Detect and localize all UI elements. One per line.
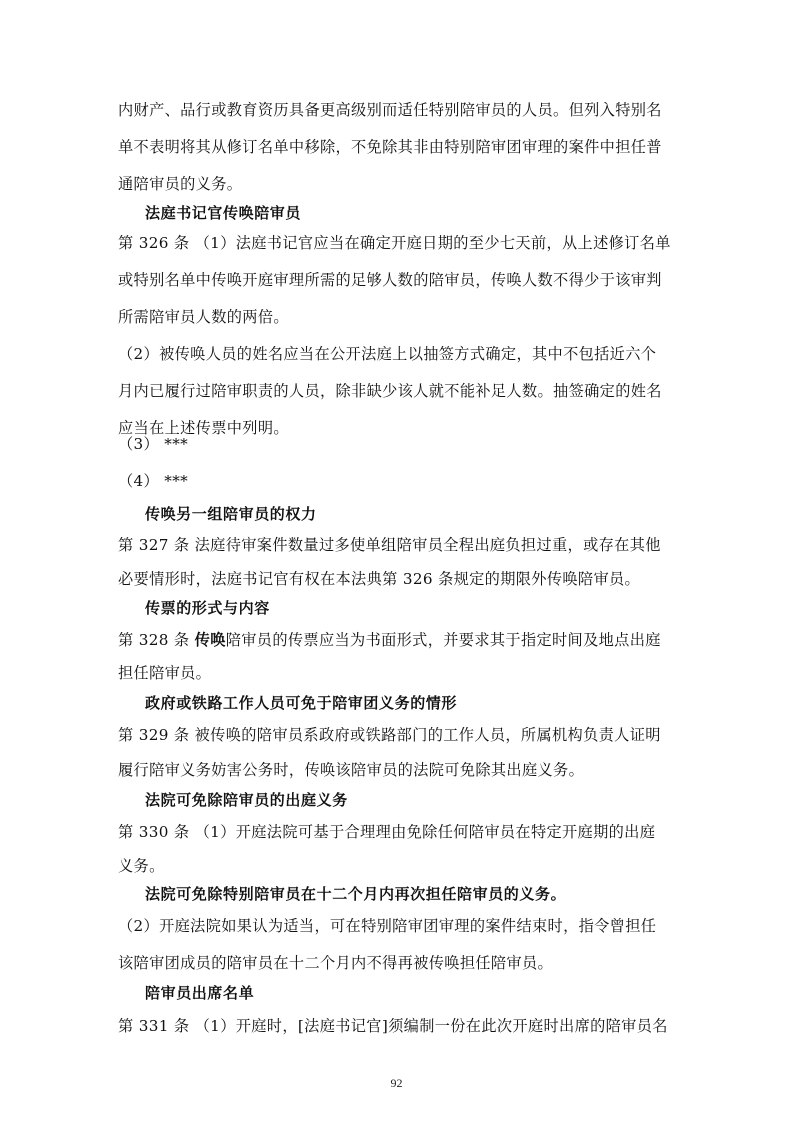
body-line: 通陪审员的义务。 xyxy=(118,174,688,194)
section-heading: 陪审员出席名单 xyxy=(145,983,715,1003)
section-heading: 法庭书记官传唤陪审员 xyxy=(145,203,715,223)
article-number: 第 328 条 xyxy=(118,631,195,649)
section-heading: 传唤另一组陪审员的权力 xyxy=(145,504,715,524)
document-page: 内财产、品行或教育资历具备更高级别而适任特别陪审员的人员。但列入特别名 单不表明… xyxy=(0,0,793,1122)
body-line: 该陪审团成员的陪审员在十二个月内不得再被传唤担任陪审员。 xyxy=(118,953,688,973)
body-line: 担任陪审员。 xyxy=(118,663,688,683)
article-328-line: 第 328 条 传唤陪审员的传票应当为书面形式，并要求其于指定时间及地点出庭 xyxy=(118,630,688,650)
section-heading: 法院可免除陪审员的出庭义务 xyxy=(145,790,715,810)
body-line: （2）开庭法院如果认为适当，可在特别陪审团审理的案件结束时，指令曾担任 xyxy=(118,916,688,936)
body-line: 履行陪审义务妨害公务时，传唤该陪审员的法院可免除其出庭义务。 xyxy=(118,760,688,780)
section-heading: 法院可免除特别陪审员在十二个月内再次担任陪审员的义务。 xyxy=(145,884,715,904)
article-327-line: 第 327 条 法庭待审案件数量过多使单组陪审员全程出庭负担过重，或存在其他 xyxy=(118,535,688,555)
body-line: 或特别名单中传唤开庭审理所需的足够人数的陪审员，传唤人数不得少于该审判 xyxy=(118,270,688,290)
body-line: 单不表明将其从修订名单中移除，不免除其非由特别陪审团审理的案件中担任普 xyxy=(118,137,688,157)
article-331-line: 第 331 条 （1）开庭时，[法庭书记官]须编制一份在此次开庭时出席的陪审员名 xyxy=(118,1016,688,1036)
body-text: 陪审员的传票应当为书面形式，并要求其于指定时间及地点出庭 xyxy=(226,631,661,649)
article-326-line: 第 326 条 （1）法庭书记官应当在确定开庭日期的至少七天前，从上述修订名单 xyxy=(118,233,688,253)
body-line: 必要情形时，法庭书记官有权在本法典第 326 条规定的期限外传唤陪审员。 xyxy=(118,569,688,589)
body-line: （4） *** xyxy=(118,471,688,491)
body-line: 内财产、品行或教育资历具备更高级别而适任特别陪审员的人员。但列入特别名 xyxy=(118,100,688,120)
body-line: （3） *** xyxy=(118,434,688,454)
article-330-line: 第 330 条 （1）开庭法院可基于合理理由免除任何陪审员在特定开庭期的出庭 xyxy=(118,822,688,842)
body-line: 义务。 xyxy=(118,856,688,876)
page-number: 92 xyxy=(0,1076,793,1091)
bold-term: 传唤 xyxy=(195,631,226,649)
section-heading: 政府或铁路工作人员可免于陪审团义务的情形 xyxy=(145,693,715,713)
body-line: 所需陪审员人数的两倍。 xyxy=(118,307,688,327)
body-line: （2）被传唤人员的姓名应当在公开法庭上以抽签方式确定，其中不包括近六个 xyxy=(118,344,688,364)
section-heading: 传票的形式与内容 xyxy=(145,598,715,618)
body-line: 月内已履行过陪审职责的人员，除非缺少该人就不能补足人数。抽签确定的姓名 xyxy=(118,381,688,401)
article-329-line: 第 329 条 被传唤的陪审员系政府或铁路部门的工作人员，所属机构负责人证明 xyxy=(118,725,688,745)
